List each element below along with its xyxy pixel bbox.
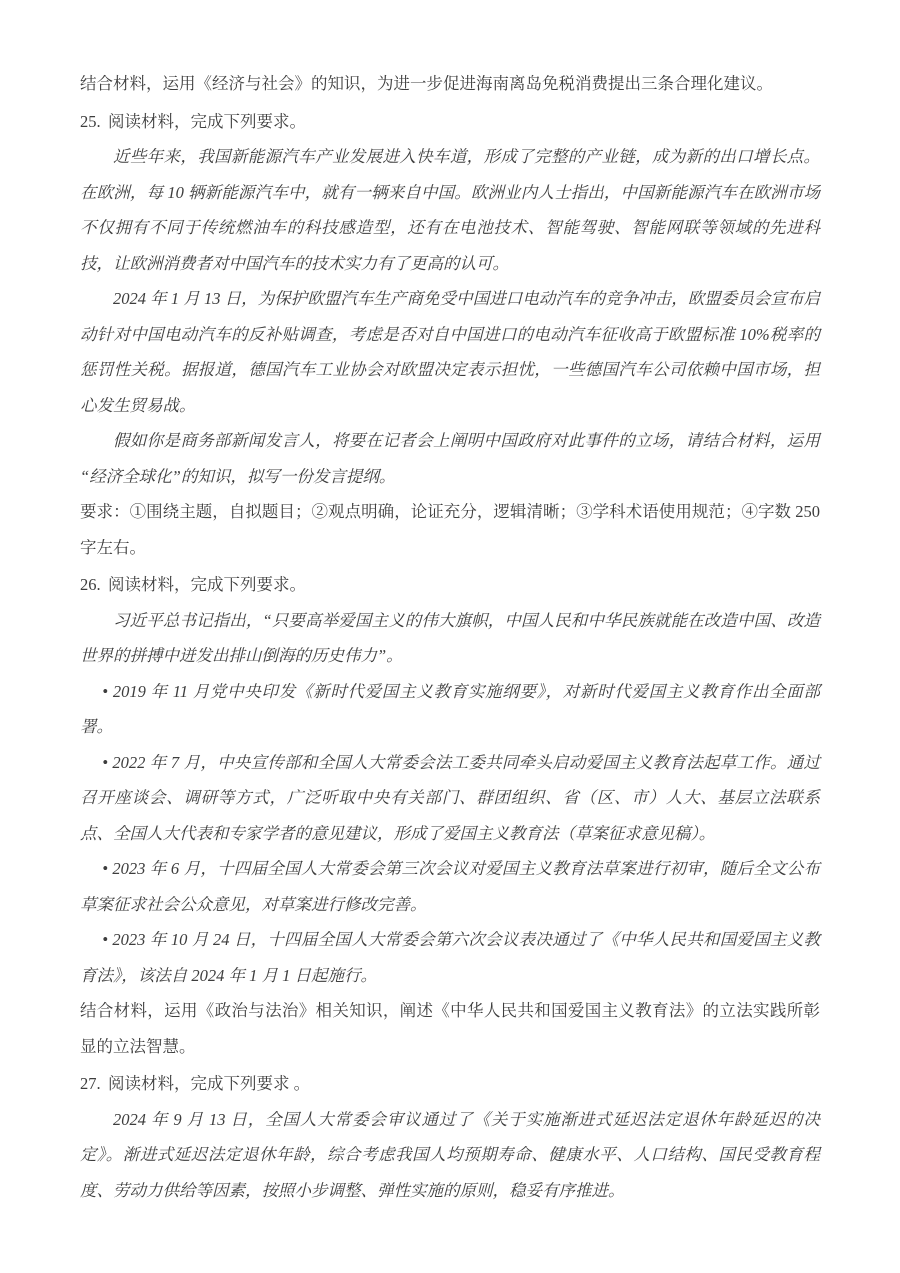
question-26-timeline-item-2: • 2022 年 7 月，中央宣传部和全国人大常委会法工委共同牵头启动爱国主义教… (80, 745, 820, 852)
exam-document-page: 结合材料，运用《经济与社会》的知识，为进一步促进海南离岛免税消费提出三条合理化建… (0, 0, 900, 1273)
question-25-prompt: 阅读材料，完成下列要求。 (108, 112, 306, 131)
question-27-prompt: 阅读材料，完成下列要求 。 (108, 1074, 310, 1093)
question-26-timeline-item-4: • 2023 年 10 月 24 日，十四届全国人大常委会第六次会议表决通过了《… (80, 922, 820, 993)
question-26-task: 结合材料，运用《政治与法治》相关知识，阐述《中华人民共和国爱国主义教育法》的立法… (80, 993, 820, 1064)
question-27-header: 27.阅读材料，完成下列要求 。 (80, 1066, 820, 1102)
question-26-timeline-item-3: • 2023 年 6 月，十四届全国人大常委会第三次会议对爱国主义教育法草案进行… (80, 851, 820, 922)
question-25-material-paragraph-2: 2024 年 1 月 13 日，为保护欧盟汽车生产商免受中国进口电动汽车的竞争冲… (80, 281, 820, 423)
question-26-material-paragraph-1: 习近平总书记指出，“只要高举爱国主义的伟大旗帜，中国人民和中华民族就能在改造中国… (80, 603, 820, 674)
question-26-prompt: 阅读材料，完成下列要求。 (108, 575, 306, 594)
question-24-task: 结合材料，运用《经济与社会》的知识，为进一步促进海南离岛免税消费提出三条合理化建… (80, 66, 820, 102)
question-25-header: 25.阅读材料，完成下列要求。 (80, 104, 820, 140)
question-27-material-paragraph-1: 2024 年 9 月 13 日，全国人大常委会审议通过了《关于实施渐进式延迟法定… (80, 1102, 820, 1209)
question-25-material-paragraph-3: 假如你是商务部新闻发言人，将要在记者会上阐明中国政府对此事件的立场，请结合材料，… (80, 423, 820, 494)
question-26-number: 26. (80, 575, 101, 594)
question-27-number: 27. (80, 1074, 101, 1093)
question-25-number: 25. (80, 112, 101, 131)
question-26-timeline-item-1: • 2019 年 11 月党中央印发《新时代爱国主义教育实施纲要》，对新时代爱国… (80, 674, 820, 745)
question-25-material-paragraph-1: 近些年来，我国新能源汽车产业发展进入快车道，形成了完整的产业链，成为新的出口增长… (80, 139, 820, 281)
question-25-requirements: 要求：①围绕主题，自拟题目；②观点明确，论证充分，逻辑清晰；③学科术语使用规范；… (80, 494, 820, 565)
question-26-header: 26.阅读材料，完成下列要求。 (80, 567, 820, 603)
